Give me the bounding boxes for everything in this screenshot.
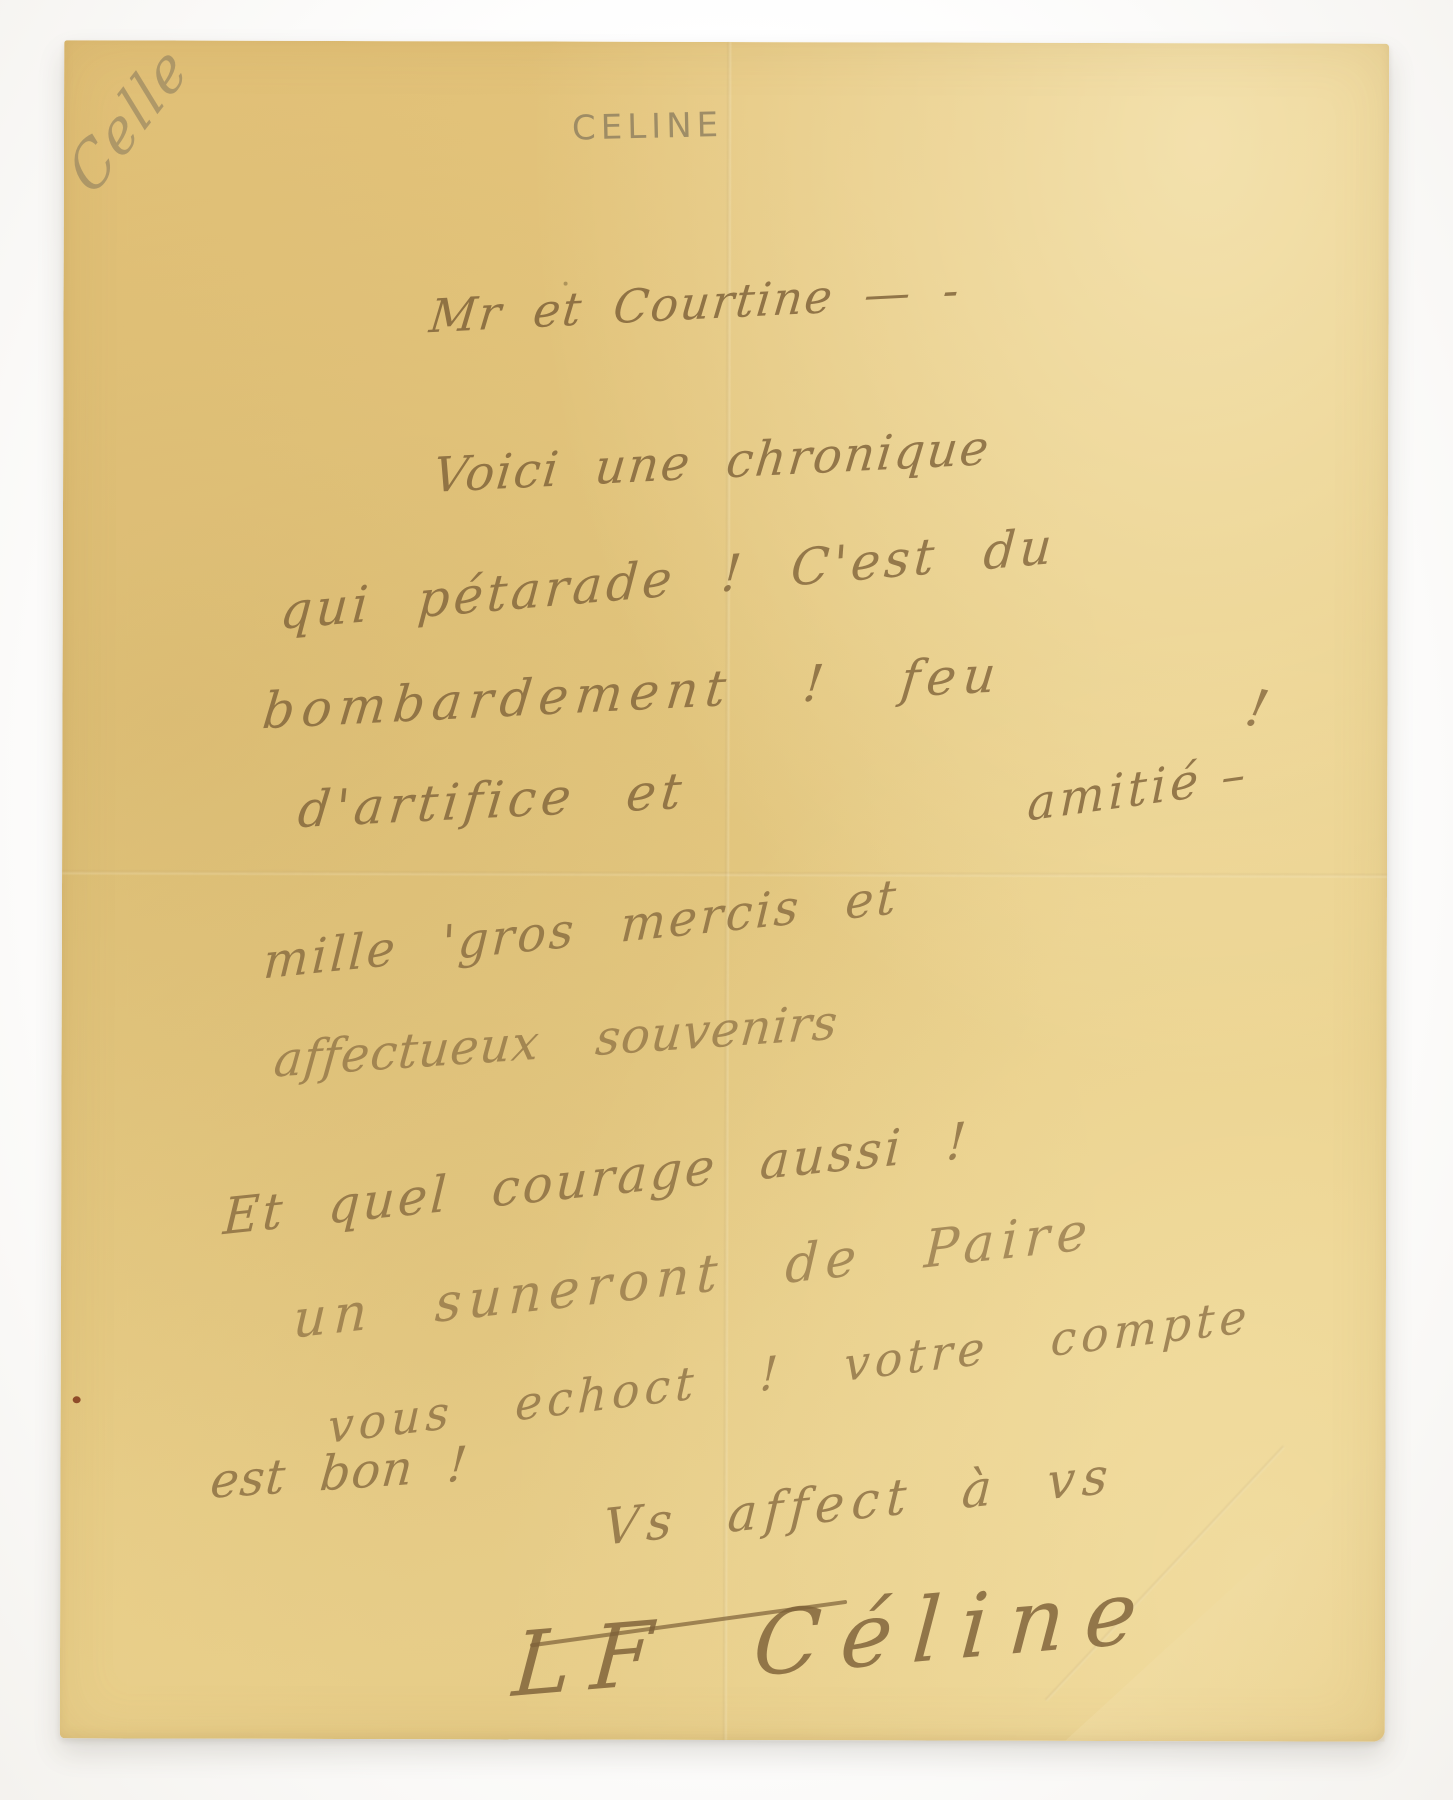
letter-line-5: mille 'gros mercis et	[262, 873, 900, 987]
letter-paper: Celle CELINE Mr et Courtine — - Voici un…	[60, 40, 1389, 1741]
letter-line-1: Voici une chronique	[431, 424, 993, 500]
letter-line-3: bombardement ! feu	[260, 649, 1005, 736]
letter-line-7: Et quel courage aussi !	[222, 1115, 971, 1242]
letter-line-2: qui pétarade ! C'est du	[278, 521, 1057, 637]
photo-backdrop: Celle CELINE Mr et Courtine — - Voici un…	[0, 0, 1453, 1800]
pencil-corner-scribble: Celle	[59, 34, 197, 204]
signature: LF Céline	[510, 1567, 1160, 1710]
pencil-author-name: CELINE	[572, 108, 724, 146]
ink-speck	[73, 1396, 81, 1403]
letter-line-4-raised-word: amitié –	[1027, 750, 1250, 829]
letter-line-4: d'artifice et	[296, 766, 689, 836]
exclamation-mark: !	[1241, 682, 1272, 737]
closing-line: Vs affect à vs	[602, 1450, 1116, 1553]
letter-line-10: est bon !	[209, 1440, 470, 1506]
salutation-line: Mr et Courtine — -	[427, 267, 963, 340]
letter-line-6: affectueux souvenirs	[272, 998, 840, 1084]
